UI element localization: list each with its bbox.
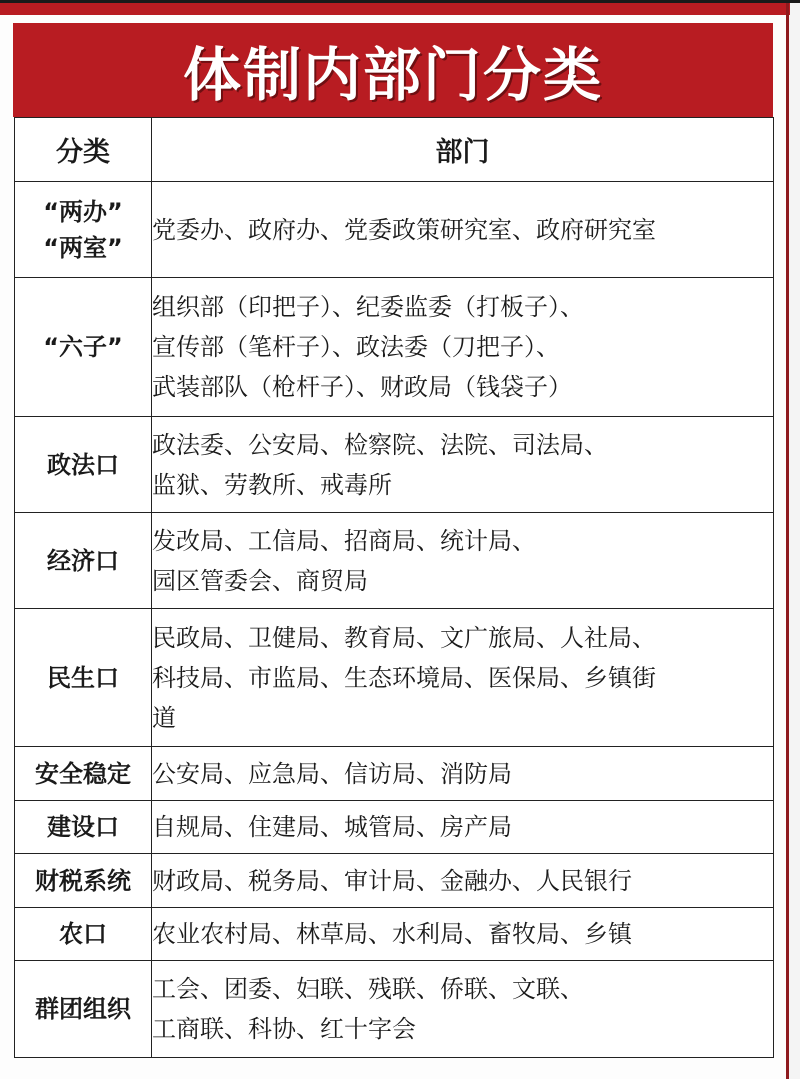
category-cell: 民生口: [15, 609, 152, 747]
department-line: 宣传部（笔杆子）、政法委（刀把子）、: [152, 327, 773, 367]
department-line: 组织部（印把子）、纪委监委（打板子）、: [152, 287, 773, 327]
department-line: 工会、团委、妇联、残联、侨联、文联、: [152, 969, 773, 1009]
department-line: 园区管委会、商贸局: [152, 561, 773, 601]
top-red-band: [0, 3, 790, 15]
department-line: 财政局、税务局、审计局、金融办、人民银行: [152, 861, 773, 901]
department-line: 政法委、公安局、检察院、法院、司法局、: [152, 425, 773, 465]
header-department: 部门: [152, 118, 774, 182]
table-row: 群团组织 工会、团委、妇联、残联、侨联、文联、 工商联、科协、红十字会: [15, 961, 774, 1058]
department-line: 监狱、劳教所、戒毒所: [152, 465, 773, 505]
category-cell: 农口: [15, 908, 152, 961]
category-cell: 财税系统: [15, 854, 152, 908]
department-table: 分类 部门 “两办” “两室” 党委办、政府办、党委政策研究室、政府研究室 “六…: [14, 117, 774, 1058]
department-cell: 自规局、住建局、城管局、房产局: [152, 801, 774, 854]
department-cell: 财政局、税务局、审计局、金融办、人民银行: [152, 854, 774, 908]
page-title: 体制内部门分类: [183, 28, 603, 112]
category-cell: 安全稳定: [15, 747, 152, 801]
department-line: 道: [152, 698, 773, 738]
table-row: 政法口 政法委、公安局、检察院、法院、司法局、 监狱、劳教所、戒毒所: [15, 417, 774, 513]
table-row: 建设口 自规局、住建局、城管局、房产局: [15, 801, 774, 854]
department-line: 农业农村局、林草局、水利局、畜牧局、乡镇: [152, 914, 773, 954]
department-line: 科技局、市监局、生态环境局、医保局、乡镇街: [152, 658, 773, 698]
table-row: 民生口 民政局、卫健局、教育局、文广旅局、人社局、 科技局、市监局、生态环境局、…: [15, 609, 774, 747]
title-banner: 体制内部门分类: [13, 23, 773, 117]
category-cell: 经济口: [15, 513, 152, 609]
category-cell: “六子”: [15, 278, 152, 417]
table-header-row: 分类 部门: [15, 118, 774, 182]
department-line: 公安局、应急局、信访局、消防局: [152, 754, 773, 794]
table-row: “六子” 组织部（印把子）、纪委监委（打板子）、 宣传部（笔杆子）、政法委（刀把…: [15, 278, 774, 417]
department-line: 民政局、卫健局、教育局、文广旅局、人社局、: [152, 618, 773, 658]
table-row: 安全稳定 公安局、应急局、信访局、消防局: [15, 747, 774, 801]
category-cell: 建设口: [15, 801, 152, 854]
category-cell: 群团组织: [15, 961, 152, 1058]
department-line: 工商联、科协、红十字会: [152, 1009, 773, 1049]
department-cell: 组织部（印把子）、纪委监委（打板子）、 宣传部（笔杆子）、政法委（刀把子）、 武…: [152, 278, 774, 417]
department-line: 党委办、政府办、党委政策研究室、政府研究室: [152, 210, 773, 250]
header-category: 分类: [15, 118, 152, 182]
department-cell: 政法委、公安局、检察院、法院、司法局、 监狱、劳教所、戒毒所: [152, 417, 774, 513]
department-cell: 工会、团委、妇联、残联、侨联、文联、 工商联、科协、红十字会: [152, 961, 774, 1058]
category-cell: “两办” “两室”: [15, 182, 152, 278]
department-cell: 公安局、应急局、信访局、消防局: [152, 747, 774, 801]
table-row: 经济口 发改局、工信局、招商局、统计局、 园区管委会、商贸局: [15, 513, 774, 609]
department-cell: 党委办、政府办、党委政策研究室、政府研究室: [152, 182, 774, 278]
department-cell: 民政局、卫健局、教育局、文广旅局、人社局、 科技局、市监局、生态环境局、医保局、…: [152, 609, 774, 747]
department-line: 发改局、工信局、招商局、统计局、: [152, 521, 773, 561]
right-frame-line: [786, 3, 789, 1079]
department-line: 武装部队（枪杆子）、财政局（钱袋子）: [152, 367, 773, 407]
table-row: “两办” “两室” 党委办、政府办、党委政策研究室、政府研究室: [15, 182, 774, 278]
department-cell: 发改局、工信局、招商局、统计局、 园区管委会、商贸局: [152, 513, 774, 609]
department-cell: 农业农村局、林草局、水利局、畜牧局、乡镇: [152, 908, 774, 961]
table-row: 农口 农业农村局、林草局、水利局、畜牧局、乡镇: [15, 908, 774, 961]
department-line: 自规局、住建局、城管局、房产局: [152, 807, 773, 847]
table-row: 财税系统 财政局、税务局、审计局、金融办、人民银行: [15, 854, 774, 908]
category-cell: 政法口: [15, 417, 152, 513]
